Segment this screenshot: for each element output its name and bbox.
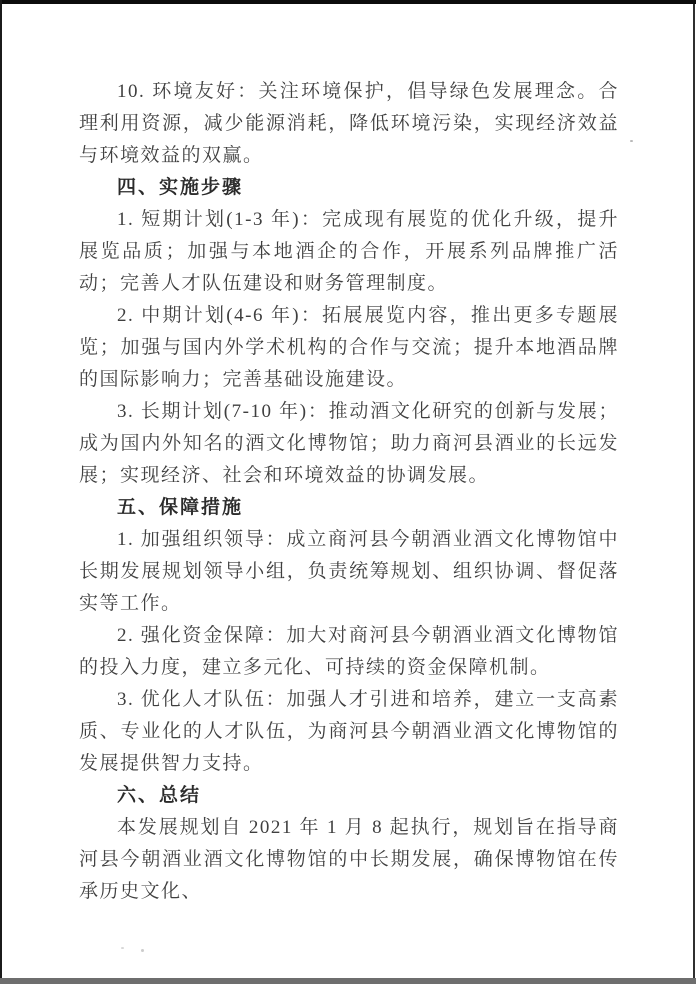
scan-artifact: [141, 949, 144, 952]
paragraph-funding-guarantee: 2. 强化资金保障：加大对商河县今朝酒业酒文化博物馆的投入力度，建立多元化、可持…: [79, 620, 619, 684]
scan-artifact: [630, 140, 633, 142]
scan-edge-bottom: [0, 978, 696, 984]
document-body: 10. 环境友好：关注环境保护，倡导绿色发展理念。合理利用资源，减少能源消耗，降…: [79, 76, 619, 908]
scan-edge-left: [0, 0, 2, 984]
paragraph-organization-leadership: 1. 加强组织领导：成立商河县今朝酒业酒文化博物馆中长期发展规划领导小组，负责统…: [79, 524, 619, 620]
paragraph-environment-friendly: 10. 环境友好：关注环境保护，倡导绿色发展理念。合理利用资源，减少能源消耗，降…: [79, 76, 619, 172]
paragraph-summary: 本发展规划自 2021 年 1 月 8 起执行，规划旨在指导商河县今朝酒业酒文化…: [79, 812, 619, 908]
paragraph-mid-term-plan: 2. 中期计划(4-6 年)：拓展展览内容，推出更多专题展览；加强与国内外学术机…: [79, 300, 619, 396]
scan-edge-right: [693, 4, 695, 978]
paragraph-long-term-plan: 3. 长期计划(7-10 年)：推动酒文化研究的创新与发展；成为国内外知名的酒文…: [79, 396, 619, 492]
scan-artifact: [121, 947, 124, 949]
paragraph-talent-team: 3. 优化人才队伍：加强人才引进和培养，建立一支高素质、专业化的人才队伍，为商河…: [79, 684, 619, 780]
scanned-page: 10. 环境友好：关注环境保护，倡导绿色发展理念。合理利用资源，减少能源消耗，降…: [0, 0, 696, 984]
section-heading-safeguard-measures: 五、保障措施: [79, 492, 619, 524]
section-heading-summary: 六、总结: [79, 780, 619, 812]
section-heading-implementation-steps: 四、实施步骤: [79, 172, 619, 204]
scan-edge-top: [0, 0, 696, 4]
paragraph-short-term-plan: 1. 短期计划(1-3 年)：完成现有展览的优化升级，提升展览品质；加强与本地酒…: [79, 204, 619, 300]
